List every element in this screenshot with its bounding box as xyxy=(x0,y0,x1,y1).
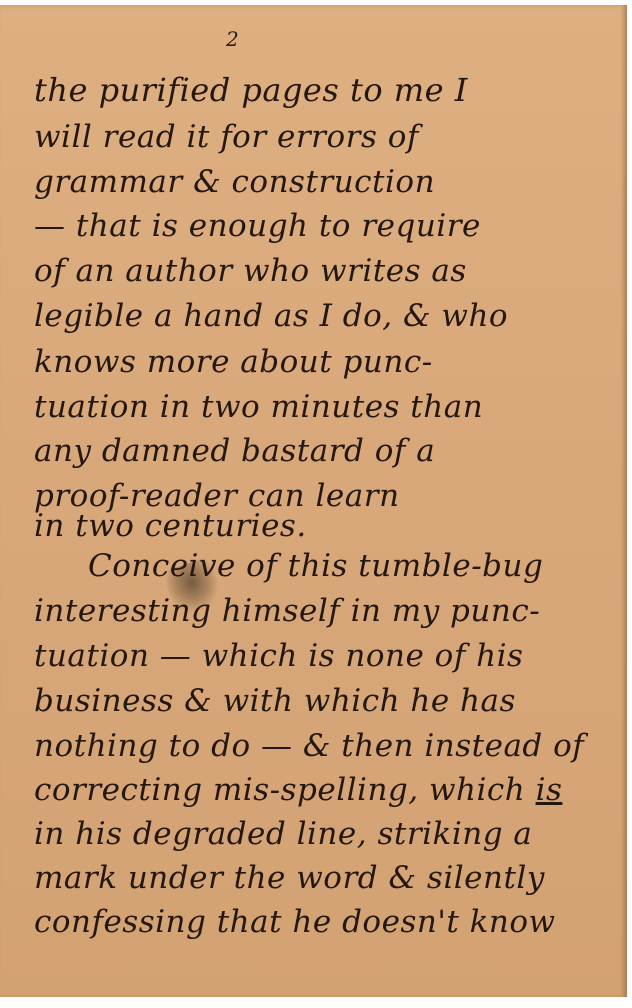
text-line-6: legible a hand as I do, & who xyxy=(34,295,508,337)
text-line-19: mark under the word & silently xyxy=(34,857,545,899)
text-line-20: confessing that he doesn't know xyxy=(34,901,556,943)
text-line-1: the purified pages to me I xyxy=(34,69,468,111)
text-line-15: business & with which he has xyxy=(34,680,516,722)
text-line-7: knows more about punc- xyxy=(34,341,433,383)
text-line-8: tuation in two minutes than xyxy=(34,386,483,428)
text-line-4: — that is enough to require xyxy=(34,205,481,247)
text-line-3: grammar & construction xyxy=(34,161,435,203)
text-line-5: of an author who writes as xyxy=(34,250,467,292)
text-line-13: interesting himself in my punc- xyxy=(34,590,540,632)
page-number: 2 xyxy=(226,27,239,51)
text-line-18: in his degraded line, striking a xyxy=(34,813,532,855)
text-line-16: nothing to do — & then instead of xyxy=(34,725,584,767)
text-line-2: will read it for errors of xyxy=(34,116,419,158)
underlined-word: is xyxy=(536,772,563,808)
text-line-17: correcting mis-spelling, which is xyxy=(34,769,562,811)
text-line-11: in two centuries. xyxy=(34,505,307,547)
text-line-14: tuation — which is none of his xyxy=(34,635,523,677)
letter-page: 2 the purified pages to me I will read i… xyxy=(0,5,627,997)
text-line-12: Conceive of this tumble-bug xyxy=(88,545,543,587)
text-line-9: any damned bastard of a xyxy=(34,430,435,472)
text-line-17-main: correcting mis-spelling, which xyxy=(34,772,536,808)
